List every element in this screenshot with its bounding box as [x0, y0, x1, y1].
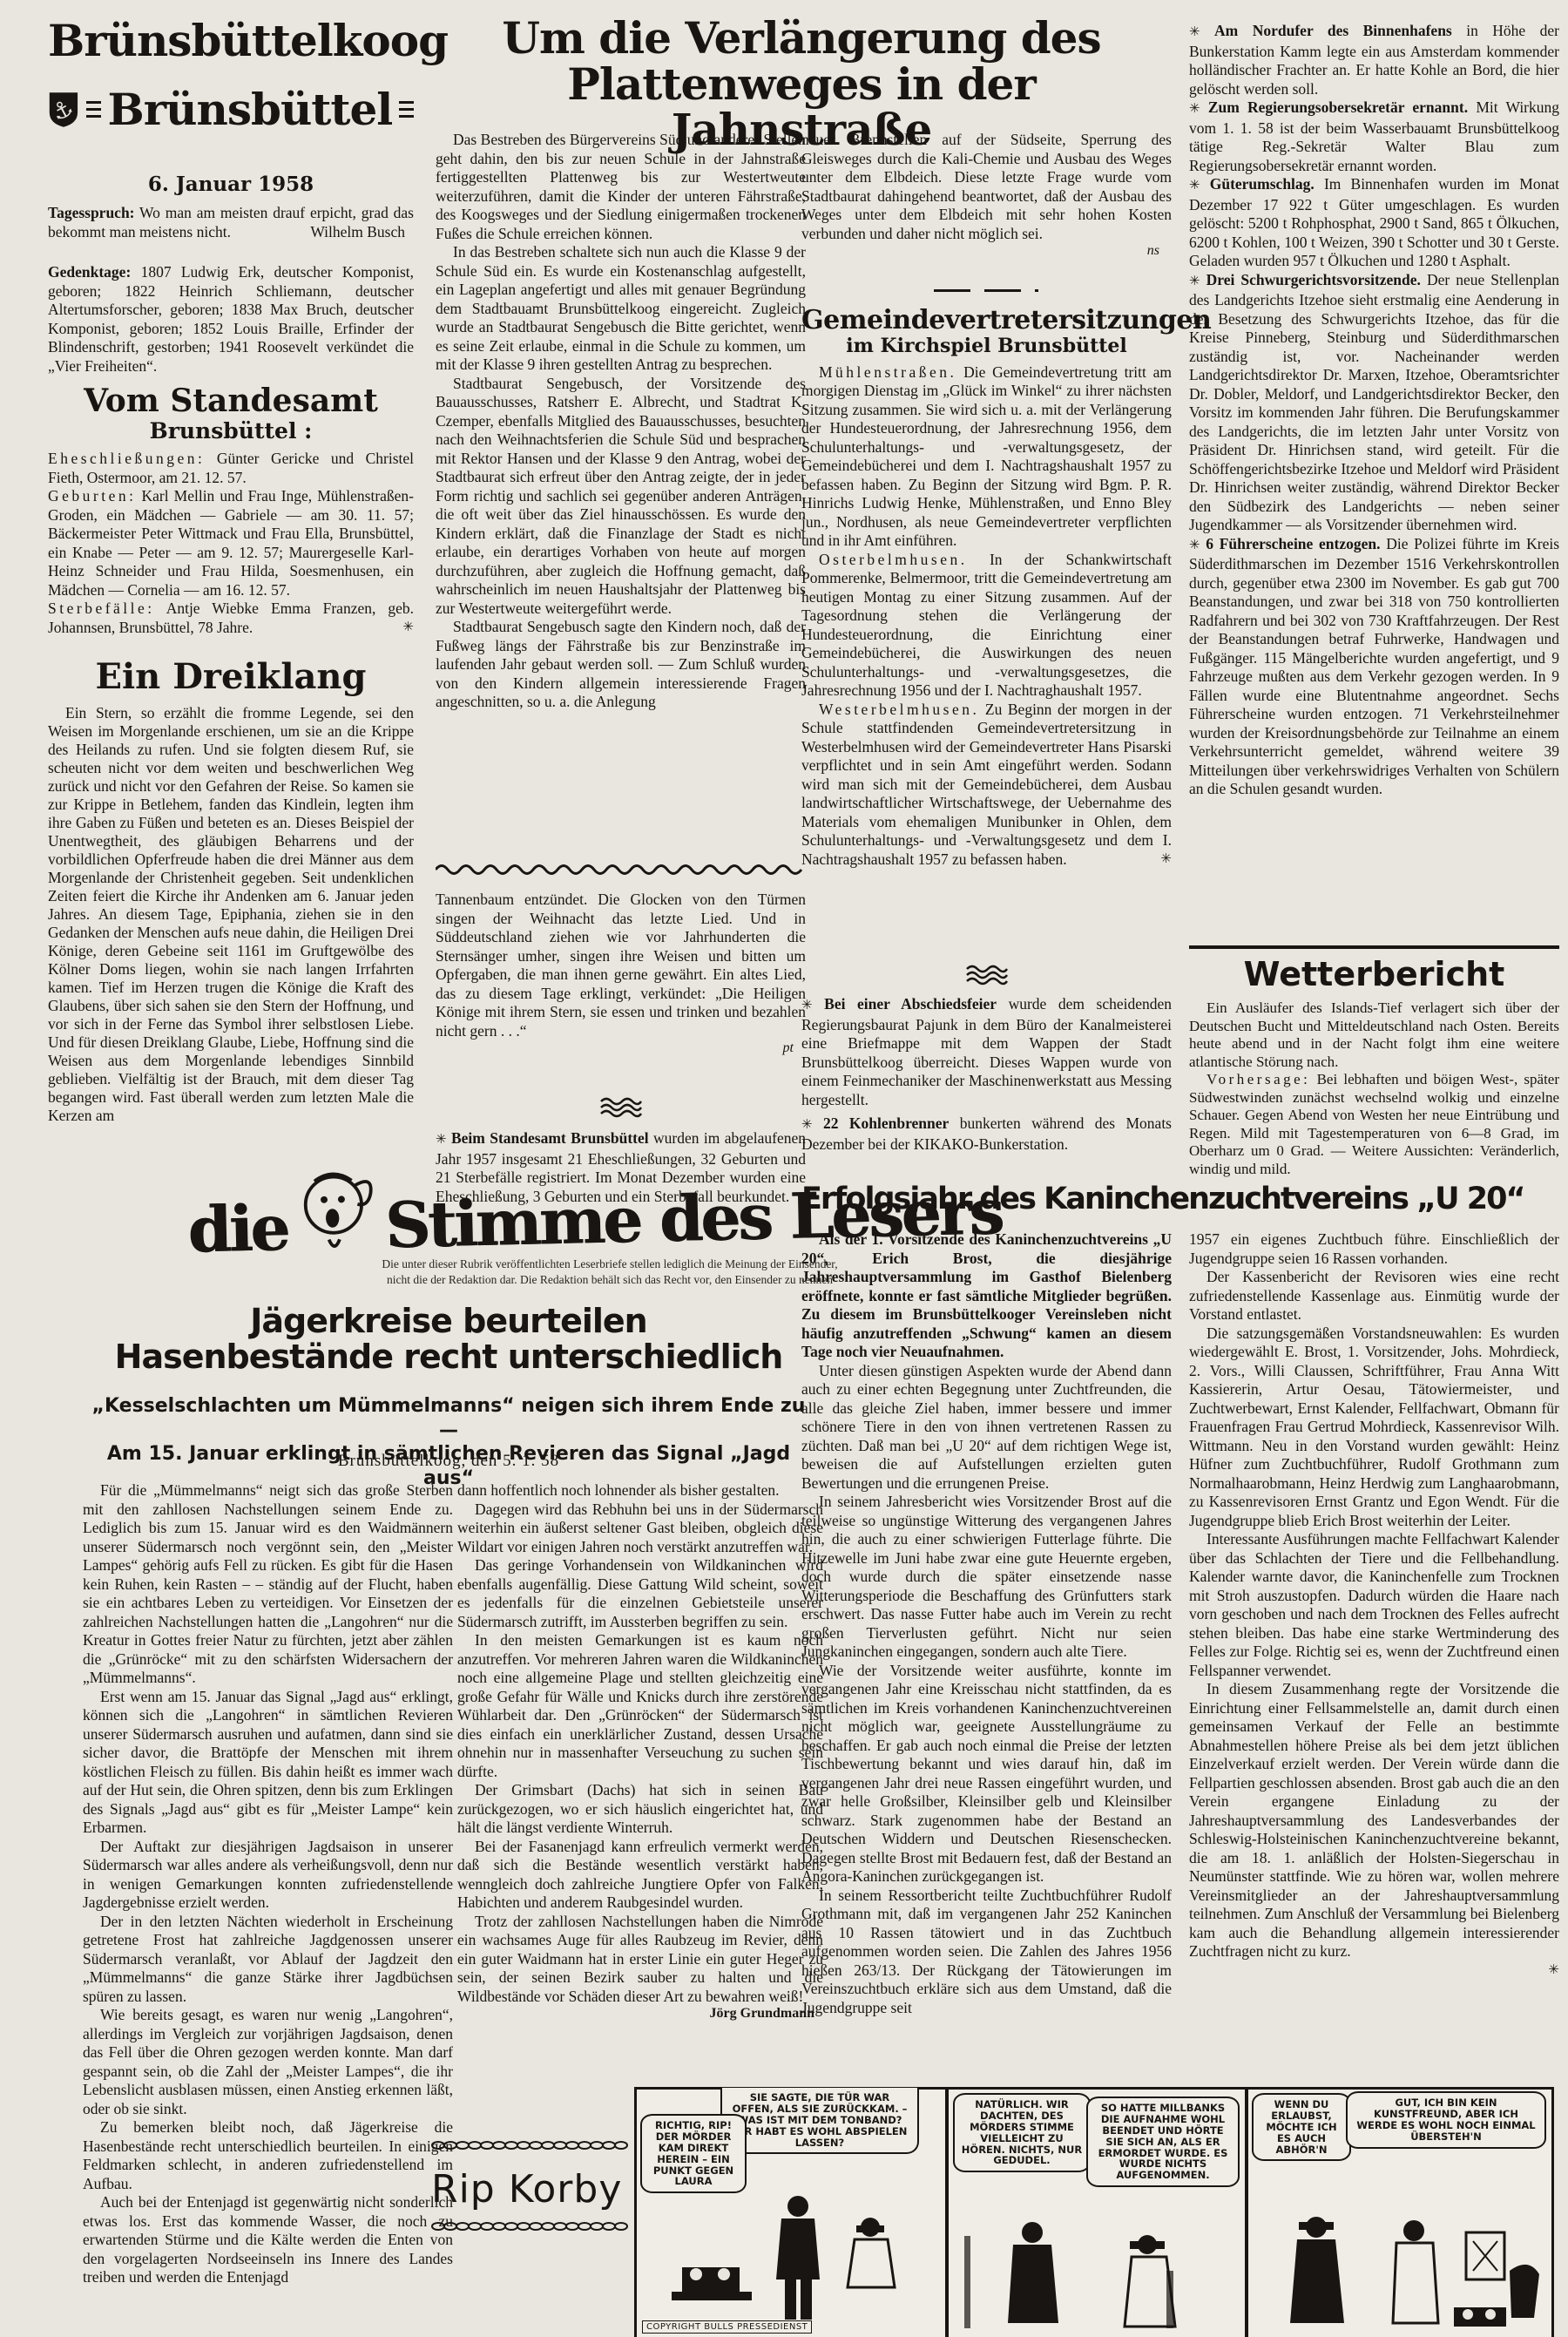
speech-bubble: SO HATTE MILLBANKS DIE AUFNAHME WOHL BEE…	[1086, 2097, 1240, 2187]
tagesspruch-label: Tagesspruch:	[48, 204, 135, 221]
standesamt-title: Vom Standesamt	[48, 385, 414, 418]
news-brief: ✳ 6 Führerscheine entzogen. Die Polizei …	[1189, 535, 1559, 799]
gemeinde-article: Gemeindevertretersitzungen im Kirchspiel…	[801, 307, 1172, 869]
mid-briefs: ✳ Bei einer Abschiedsfeier wurde dem sch…	[801, 995, 1172, 1154]
newspaper-page: Brünsbüttelkoog ⚓ Brünsbüttel 6. Januar …	[0, 0, 1568, 2337]
triple-wave-divider	[965, 964, 1009, 986]
gedenktage: Gedenktage: 1807 Ludwig Erk, deutscher K…	[48, 263, 414, 376]
news-brief: ✳ Drei Schwurgerichtsvorsitzende. Der ne…	[1189, 271, 1559, 535]
gemeinde-paragraph: Westerbelmhusen. Zu Beginn der morgen in…	[801, 701, 1172, 870]
triple-wave-divider	[599, 1096, 643, 1119]
tagesspruch: Tagesspruch: Wo man am meisten drauf erp…	[48, 204, 414, 241]
comic-figures-illustration	[949, 2218, 1241, 2332]
dreiklang-title: Ein Dreiklang	[48, 659, 414, 695]
standesamt-subtitle: Brunsbüttel :	[48, 420, 414, 443]
dreiklang-continuation: Tannenbaum entzündet. Die Glocken von de…	[436, 891, 806, 1056]
stimme-disclaimer: Die unter dieser Rubrik veröffentlichten…	[296, 1257, 923, 1288]
end-star-icon: ✳	[1143, 850, 1172, 870]
dreiklang-text: Ein Stern, so erzählt die fromme Legende…	[48, 704, 414, 1125]
right-briefs: ✳ Am Nordufer des Binnenhafens in Höhe d…	[1189, 22, 1559, 799]
plattenweg-col2: neuer Brennstellen auf der Südseite, Spe…	[801, 131, 1172, 259]
standesamt-entry: Geburten: Karl Mellin und Frau Inge, Müh…	[48, 487, 414, 599]
masthead-flourish-right	[399, 101, 414, 119]
news-brief: ✳ Am Nordufer des Binnenhafens in Höhe d…	[1189, 22, 1559, 98]
jaeger-headline: Jägerkreise beurteilen Hasenbestände rec…	[83, 1304, 814, 1375]
standesamt-entry: Eheschließungen: Günter Gericke und Chri…	[48, 450, 414, 487]
gemeinde-subtitle: im Kirchspiel Brunsbüttel	[801, 336, 1172, 356]
masthead-flourish-left	[86, 101, 101, 119]
masthead: Brünsbüttelkoog ⚓ Brünsbüttel	[48, 19, 414, 153]
comic-title: Rip Korby	[431, 2167, 636, 2212]
brief-star-icon: ✳	[436, 1133, 447, 1147]
section-divider	[934, 289, 1038, 292]
jaeger-subhead: „Kesselschlachten um Mümmelmanns“ neigen…	[83, 1394, 814, 1490]
brief-star-icon: ✳	[1189, 102, 1200, 116]
comic-panel-2: NATÜRLICH. WIR DACHTEN, DES MÖRDERS STIM…	[946, 2087, 1247, 2337]
comic-figures-illustration	[1248, 2210, 1548, 2332]
wetter-title: Wetterbericht	[1189, 957, 1559, 992]
tagesspruch-author: Wilhelm Busch	[310, 223, 414, 242]
brief-star-icon: ✳	[1189, 274, 1200, 288]
speech-bubble: GUT, ICH BIN KEIN KUNSTFREUND, ABER ICH …	[1346, 2091, 1546, 2149]
news-brief: ✳ Güterumschlag. Im Binnenhafen wurden i…	[1189, 175, 1559, 271]
standesamt-section: Vom Standesamt Brunsbüttel : Eheschließu…	[48, 385, 414, 637]
stimme-logo-die: die	[187, 1200, 288, 1258]
jaeger-dateline: Brunsbüttelkoog, den 5. 1. 58	[83, 1452, 814, 1471]
gemeinde-paragraph: Osterbelmhusen. In der Schankwirtschaft …	[801, 551, 1172, 701]
u20-col2: 1957 ein eigenes Zuchtbuch führe. Einsch…	[1189, 1230, 1559, 2080]
speech-bubble: SIE SAGTE, DIE TÜR WAR OFFEN, ALS SIE ZU…	[720, 2088, 919, 2154]
masthead-title-line1: Brünsbüttelkoog	[48, 19, 414, 63]
author-initials: ns	[801, 243, 1172, 259]
plattenweg-col1: Das Bestreben des Bürgervereins Süd und …	[436, 131, 806, 712]
speech-bubble: NATÜRLICH. WIR DACHTEN, DES MÖRDERS STIM…	[953, 2093, 1091, 2172]
news-brief: ✳ Bei einer Abschiedsfeier wurde dem sch…	[801, 995, 1172, 1109]
brief-star-icon: ✳	[1189, 539, 1200, 552]
standesamt-entry: Sterbefälle: Antje Wiebke Emma Franzen, …	[48, 599, 414, 637]
brief-star-icon: ✳	[1189, 179, 1200, 193]
jaeger-col2: dann hoffentlich noch lohnender als bish…	[457, 1481, 823, 2022]
chain-divider	[431, 2221, 636, 2232]
stimme-des-lesers-logo: die Stimme des Lesers	[186, 1149, 1002, 1258]
wavy-divider	[436, 861, 806, 878]
comic-figures-illustration	[637, 2194, 942, 2325]
brief-star-icon: ✳	[1189, 25, 1200, 39]
news-brief: ✳ Zum Regierungsobersekretär ernannt. Mi…	[1189, 98, 1559, 175]
brief-star-icon: ✳	[801, 1118, 813, 1132]
gedenktage-label: Gedenktage:	[48, 263, 131, 281]
end-star-icon: ✳	[1548, 1961, 1559, 1978]
wetter-paragraph: Vorhersage: Bei lebhaften und böigen Wes…	[1189, 1071, 1559, 1178]
dreiklang-article: Ein Dreiklang Ein Stern, so erzählt die …	[48, 659, 414, 1125]
section-divider	[1189, 945, 1559, 949]
gemeinde-title: Gemeindevertretersitzungen	[801, 307, 1172, 335]
speech-bubble: WENN DU ERLAUBST, MÖCHTE ICH ES AUCH ABH…	[1252, 2093, 1351, 2161]
chain-divider	[431, 2140, 636, 2151]
comic-copyright: COPYRIGHT BULLS PRESSEDIENST	[642, 2320, 812, 2334]
stimme-logo-rest: Stimme des Lesers	[384, 1184, 1002, 1255]
wetterbericht: Wetterbericht Ein Ausläufer des Islands-…	[1189, 957, 1559, 1178]
issue-date: 6. Januar 1958	[48, 173, 414, 196]
gemeinde-paragraph: Mühlenstraßen. Die Gemeindevertretung tr…	[801, 363, 1172, 551]
listener-face-icon	[294, 1164, 376, 1257]
end-star-icon: ✳	[402, 619, 414, 638]
comic-title-block: Rip Korby	[431, 2139, 636, 2236]
brief-star-icon: ✳	[801, 999, 813, 1013]
comic-panel-3: WENN DU ERLAUBST, MÖCHTE ICH ES AUCH ABH…	[1246, 2087, 1554, 2337]
masthead-title-line2: Brünsbüttel	[108, 88, 393, 132]
jaeger-signature: Jörg Grundmann	[710, 2006, 823, 2022]
news-brief: ✳ 22 Kohlenbrenner bunkerten während des…	[801, 1114, 1172, 1154]
comic-panel-1: SIE SAGTE, DIE TÜR WAR OFFEN, ALS SIE ZU…	[634, 2087, 948, 2337]
city-crest-anchor-icon: ⚓	[48, 66, 79, 153]
u20-col1: Als der 1. Vorsitzende des Kaninchenzuch…	[801, 1230, 1172, 2017]
speech-bubble: RICHTIG, RIP! DER MÖRDER KAM DIREKT HERE…	[640, 2114, 747, 2193]
jaeger-col1: Für die „Mümmelmanns“ neigt sich das gro…	[83, 1481, 453, 2337]
author-initials: pt	[436, 1040, 806, 1056]
wetter-paragraph: Ein Ausläufer des Islands-Tief verlagert…	[1189, 999, 1559, 1071]
